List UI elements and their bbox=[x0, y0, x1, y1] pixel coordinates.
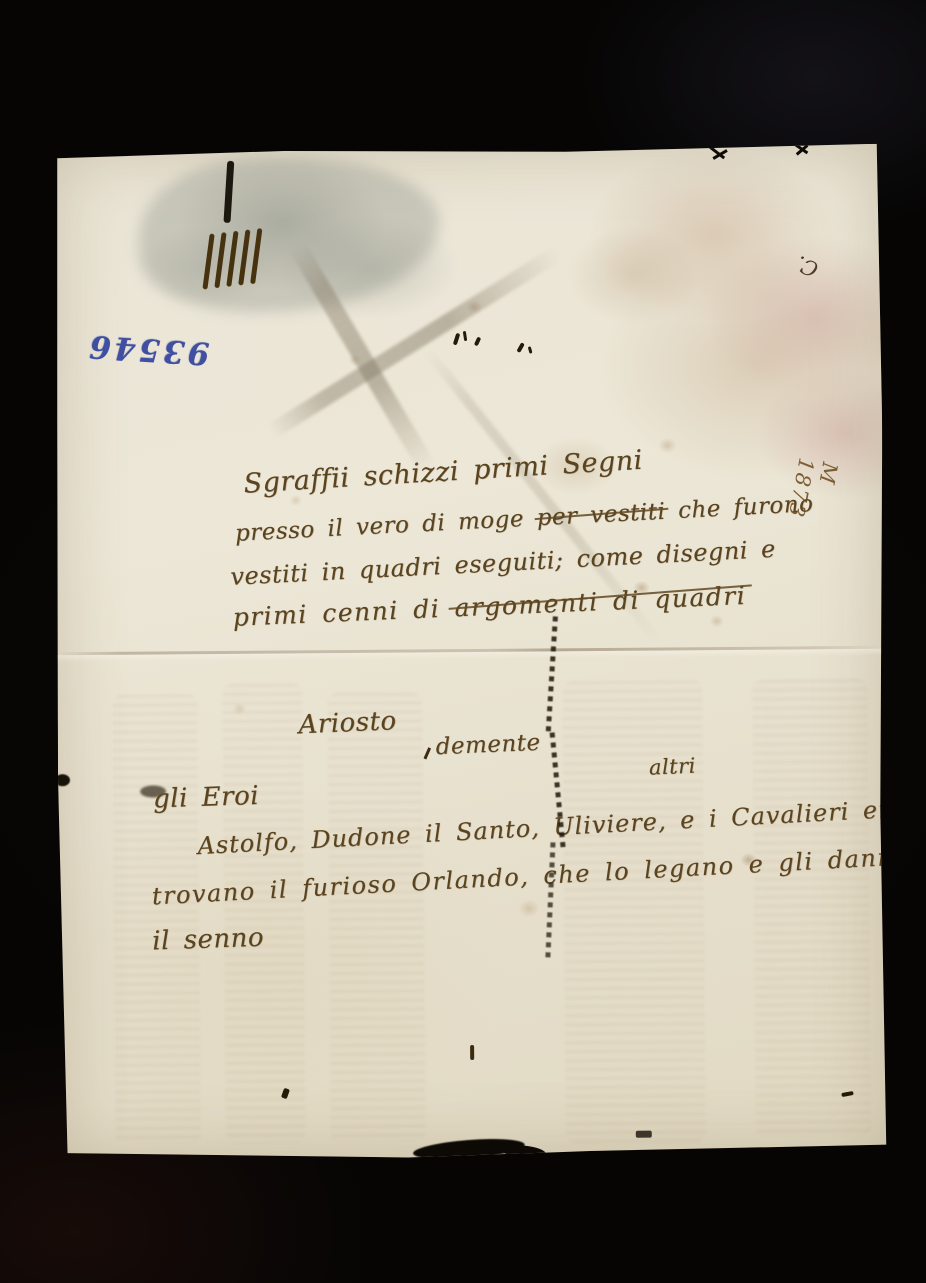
inscription-demente: demente bbox=[435, 730, 541, 760]
ink-speck bbox=[516, 342, 524, 353]
ink-speck bbox=[474, 337, 481, 347]
grey-stain bbox=[138, 155, 439, 312]
show-through-text bbox=[562, 680, 706, 1143]
manuscript-page: 93546 C. M 1873 Sgraffii schizzi primi S… bbox=[53, 144, 888, 1160]
show-through-text bbox=[327, 692, 426, 1143]
inscription-line-1: Sgraffii schizzi primi Segni bbox=[243, 445, 644, 500]
tally-stroke bbox=[214, 232, 226, 288]
inscription-ariosto: Ariosto bbox=[298, 706, 397, 740]
show-through-text bbox=[752, 679, 871, 1138]
line4-pre: primi cenni di bbox=[232, 593, 455, 631]
ink-speck bbox=[470, 1045, 474, 1060]
line2-struck-words: per vestiti bbox=[536, 499, 666, 532]
corner-mark: C. bbox=[792, 251, 822, 282]
inscription-il-senno: il senno bbox=[152, 923, 265, 957]
blue-inventory-number: 93546 bbox=[86, 328, 211, 372]
insertion-caret bbox=[424, 747, 432, 759]
offset-ink-dashes bbox=[545, 616, 557, 736]
edge-blot bbox=[55, 774, 70, 786]
photograph-background: 93546 C. M 1873 Sgraffii schizzi primi S… bbox=[0, 0, 926, 1283]
bottom-edge-blob bbox=[500, 1143, 546, 1159]
tally-stroke bbox=[238, 229, 250, 285]
ink-speck bbox=[636, 1131, 652, 1138]
ink-speck bbox=[528, 346, 533, 354]
tally-stroke bbox=[226, 231, 238, 287]
show-through-text bbox=[112, 694, 201, 1145]
offset-ink-dashes bbox=[545, 842, 555, 957]
ink-speck bbox=[463, 331, 467, 341]
tally-marks bbox=[203, 228, 262, 290]
line2-pre: presso il vero di moge bbox=[234, 505, 537, 547]
line4-struck-words: argomenti di quadri bbox=[454, 581, 747, 622]
inscription-gli-eroi: gli Eroi bbox=[153, 781, 260, 815]
show-through-text bbox=[222, 683, 306, 1144]
ink-speck bbox=[453, 333, 460, 346]
inscription-line-4: primi cenni di argomenti di quadri bbox=[232, 581, 747, 632]
inscription-altri: altri bbox=[648, 754, 696, 780]
